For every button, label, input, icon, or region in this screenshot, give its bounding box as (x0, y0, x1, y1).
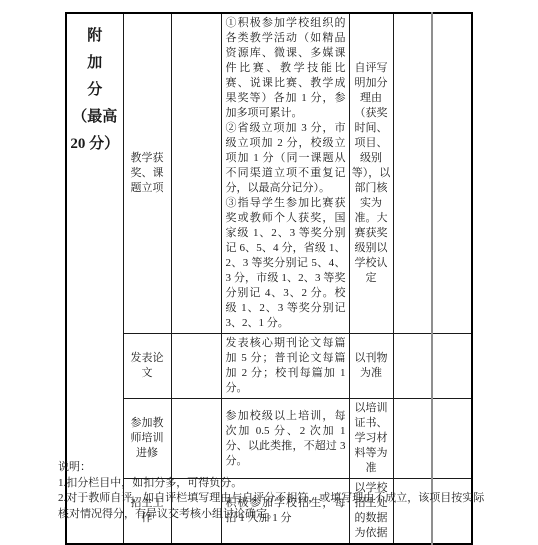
final-score-cell-empty (432, 13, 472, 334)
final-score-cell-empty (432, 334, 472, 399)
criteria-paragraph: 发表核心期刊论文每篇加 5 分；普刊论文每篇加 2 分；校刊每篇加 1 分。 (226, 336, 346, 396)
item-label-publish-papers: 发表论文 (123, 334, 171, 399)
note-item: 2.对于教师自评，如自评栏填写理由与自评分不相符，或填写理由不成立，该项目按实际… (58, 491, 490, 522)
category-line: 附 (68, 23, 122, 50)
criteria-cell: ①积极参加学校组织的各类教学活动（如精品资源库、微课、多媒课件比赛、教学技能比赛… (221, 13, 349, 334)
category-line: 分 (68, 77, 122, 104)
table-row: 附 加 分 （最高 20 分） 教学获奖、课题立项 ①积极参加学校组织的各类教学… (66, 13, 472, 334)
category-line: （最高 (68, 104, 122, 131)
item-label-teaching-awards: 教学获奖、课题立项 (123, 13, 171, 334)
self-score-cell-empty (393, 13, 432, 334)
basis-cell: 以刊物为准 (349, 334, 393, 399)
score-value-cell-empty (171, 334, 221, 399)
criteria-paragraph: ③指导学生参加比赛获奖或教师个人获奖，国家级 1、2、3 等奖分别记 6、5、4… (226, 196, 346, 331)
criteria-paragraph: ①积极参加学校组织的各类教学活动（如精品资源库、微课、多媒课件比赛、教学技能比赛… (226, 16, 346, 121)
basis-cell: 自评写明加分理由（获奖时间、项目、级别等），以部门核实为准。大赛获奖级别以学校认… (349, 13, 393, 334)
table-row: 发表论文 发表核心期刊论文每篇加 5 分；普刊论文每篇加 2 分；校刊每篇加 1… (66, 334, 472, 399)
self-score-cell-empty (393, 334, 432, 399)
notes-section: 说明： 1.扣分栏目中，如扣分多，可得负分。 2.对于教师自评，如自评栏填写理由… (58, 460, 490, 522)
criteria-paragraph: ②省级立项加 3 分，市级立项加 2 分，校级立项加 1 分（同一课题从不同渠道… (226, 121, 346, 196)
evaluation-form-page: 附 加 分 （最高 20 分） 教学获奖、课题立项 ①积极参加学校组织的各类教学… (0, 0, 538, 535)
category-line: 20 分） (68, 131, 122, 158)
criteria-cell: 发表核心期刊论文每篇加 5 分；普刊论文每篇加 2 分；校刊每篇加 1 分。 (221, 334, 349, 399)
notes-title: 说明： (58, 460, 490, 476)
note-item: 1.扣分栏目中，如扣分多，可得负分。 (58, 476, 490, 492)
category-line: 加 (68, 50, 122, 77)
score-value-cell-empty (171, 13, 221, 334)
